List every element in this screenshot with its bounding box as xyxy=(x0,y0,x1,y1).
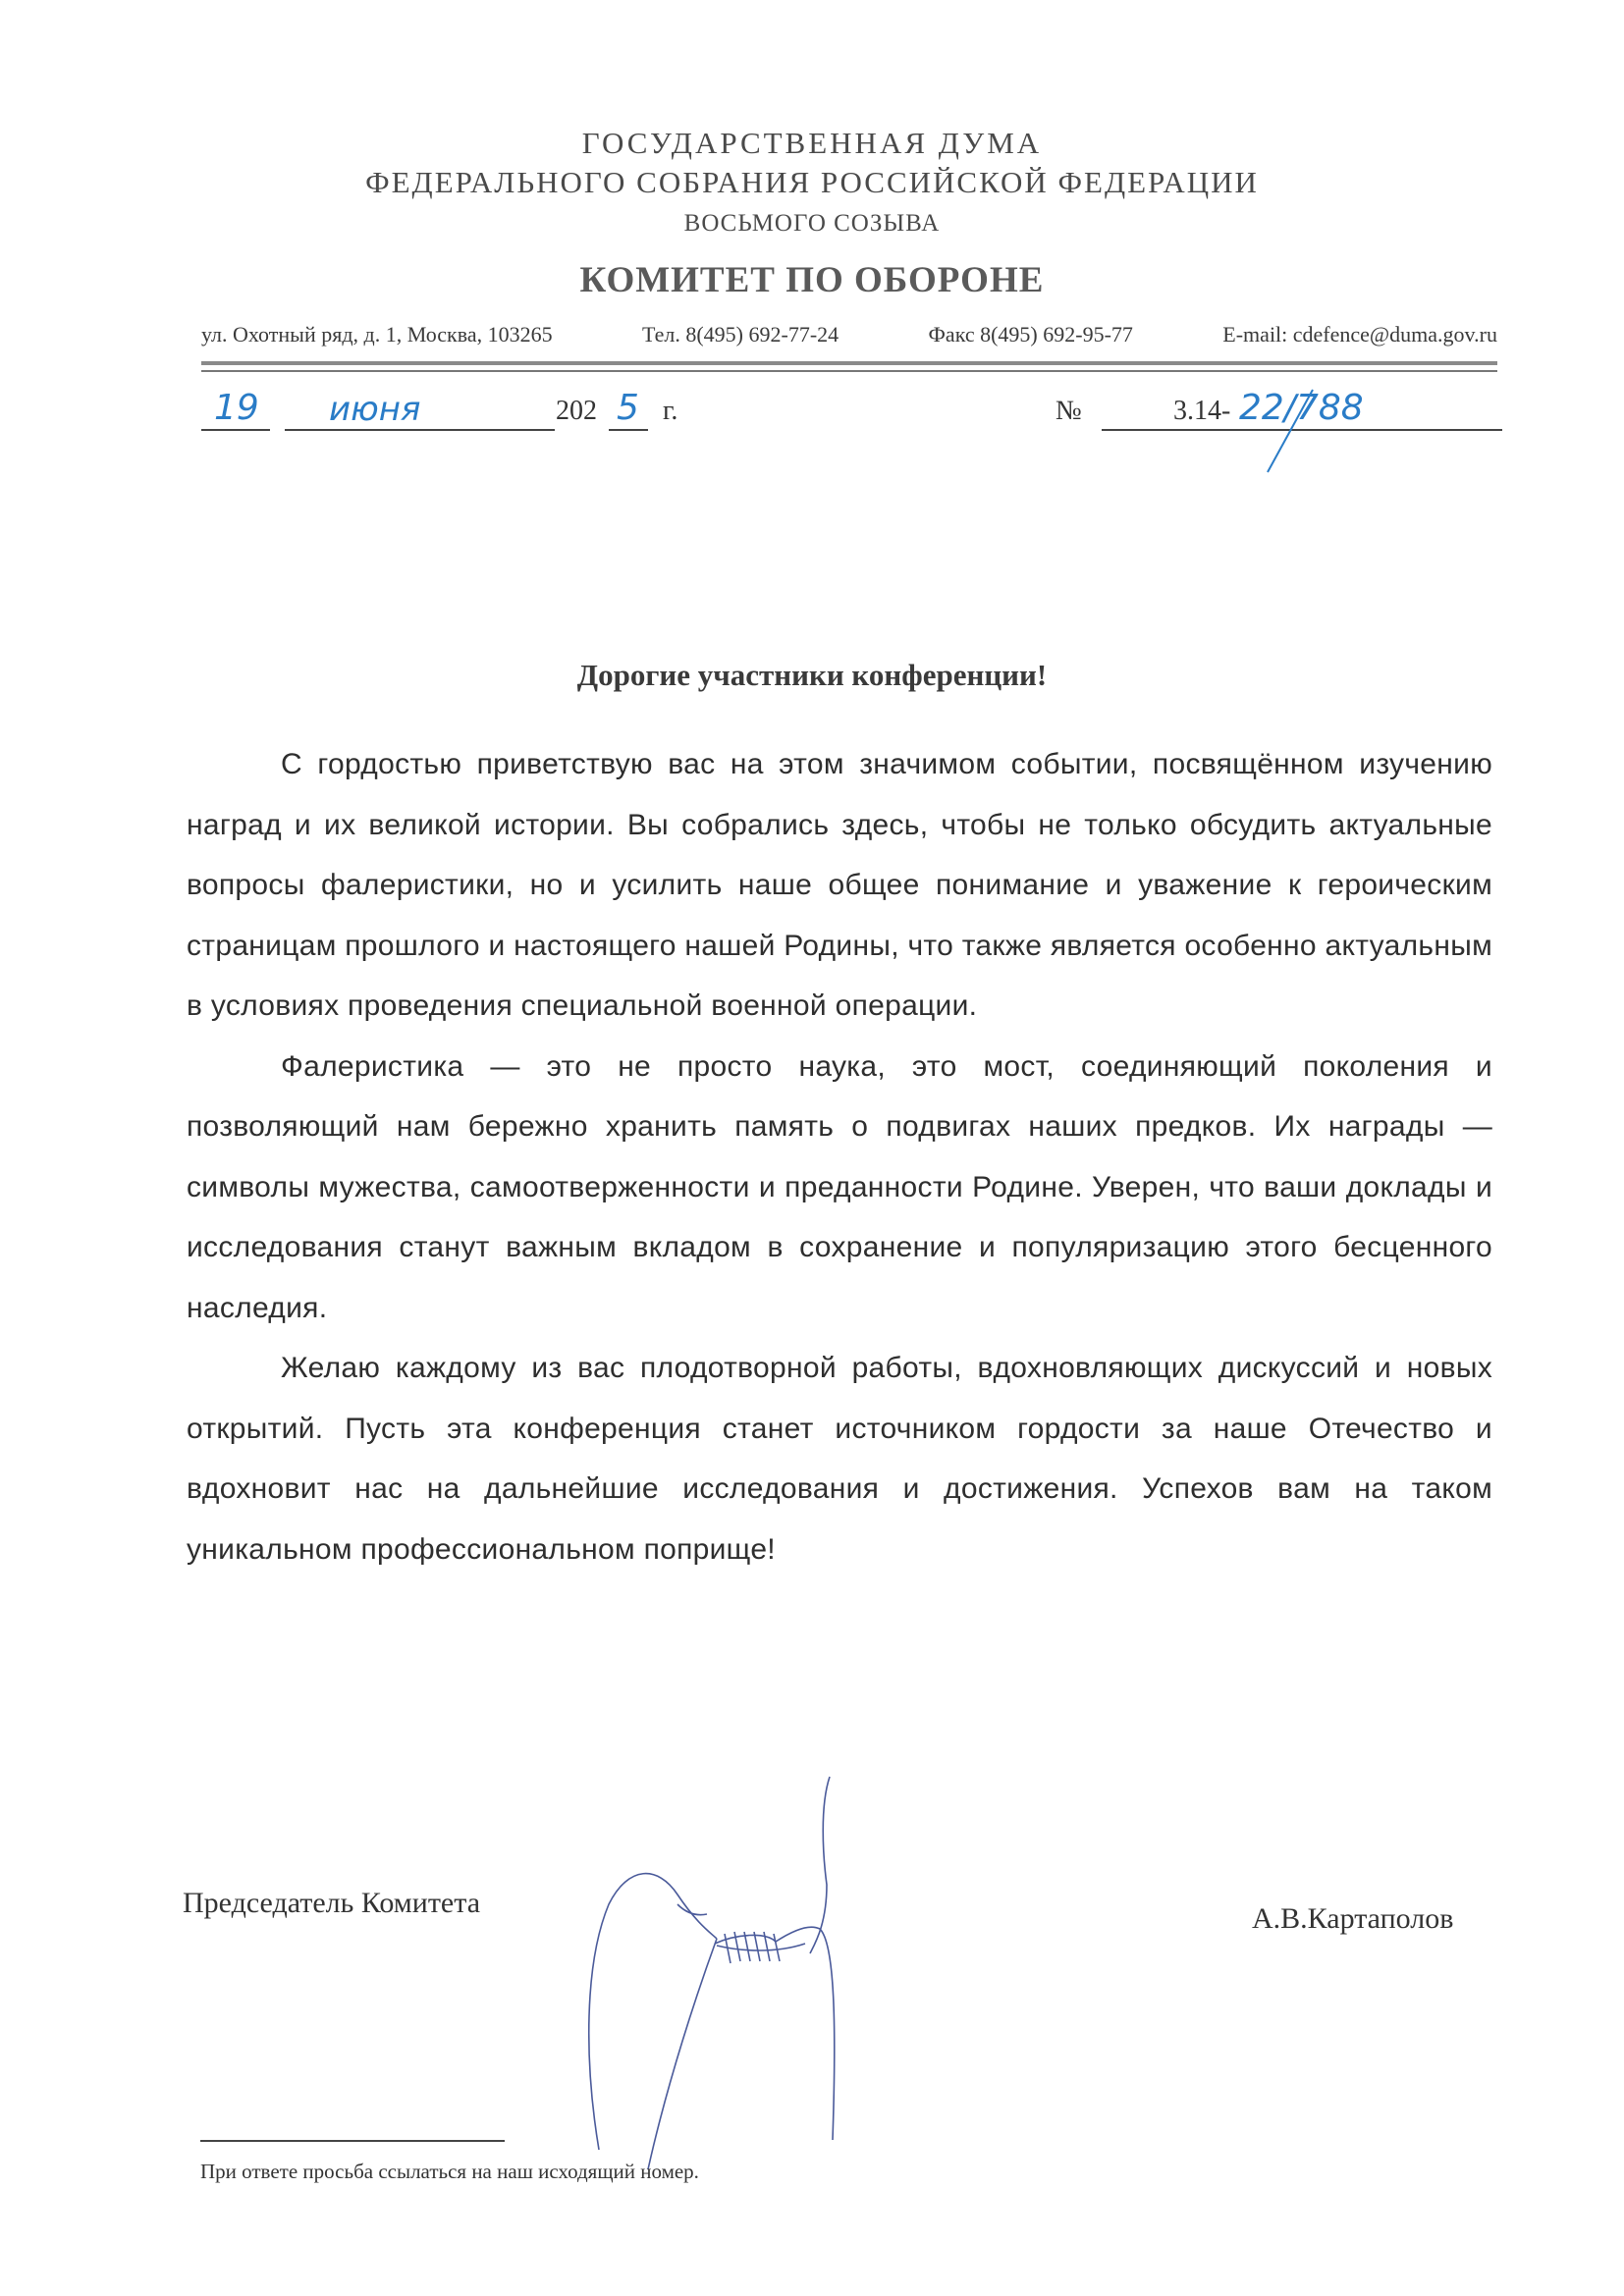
year-underline xyxy=(609,429,648,431)
year-unit: г. xyxy=(663,396,677,427)
committee-name: КОМИТЕТ ПО ОБОРОНЕ xyxy=(0,259,1624,301)
year-prefix: 202 xyxy=(556,396,597,427)
header-rule-thin xyxy=(201,370,1497,372)
letterhead-line-convocation: ВОСЬМОГО СОЗЫВА xyxy=(0,210,1624,238)
letter-body: С гордостью приветствую вас на этом знач… xyxy=(187,734,1492,1579)
signatory-title: Председатель Комитета xyxy=(183,1887,480,1920)
paragraph-2: Фалеристика — это не просто наука, это м… xyxy=(187,1037,1492,1339)
number-label: № xyxy=(1056,396,1082,427)
phone-number: Тел. 8(495) 692-77-24 xyxy=(642,322,839,347)
handwritten-signature-icon xyxy=(569,1767,923,2179)
paragraph-1: С гордостью приветствую вас на этом знач… xyxy=(187,734,1492,1037)
header-rule-thick xyxy=(201,361,1497,365)
contact-line: ул. Охотный ряд, д. 1, Москва, 103265 Те… xyxy=(201,322,1497,347)
date-day: 19 xyxy=(214,388,259,428)
signatory-name: А.В.Картаполов xyxy=(1252,1902,1453,1936)
letterhead-line-federal-assembly: ФЕДЕРАЛЬНОГО СОБРАНИЯ РОССИЙСКОЙ ФЕДЕРАЦ… xyxy=(0,165,1624,200)
fax-number: Факс 8(495) 692-95-77 xyxy=(929,322,1133,347)
greeting-heading: Дорогие участники конференции! xyxy=(0,658,1624,693)
paragraph-3: Желаю каждому из вас плодотворной работы… xyxy=(187,1338,1492,1579)
registration-line: 19 июня 202 5 г. № 3.14- 22/788 xyxy=(0,388,1624,447)
handwritten-slash-stroke xyxy=(1262,388,1321,476)
date-month: июня xyxy=(329,390,420,429)
footnote-rule xyxy=(200,2140,505,2142)
month-underline xyxy=(285,429,555,431)
email-address: E-mail: cdefence@duma.gov.ru xyxy=(1222,322,1497,347)
reply-reference-note: При ответе просьба ссылаться на наш исхо… xyxy=(200,2160,699,2184)
letterhead-line-duma: ГОСУДАРСТВЕННАЯ ДУМА xyxy=(0,126,1624,161)
postal-address: ул. Охотный ряд, д. 1, Москва, 103265 xyxy=(201,322,553,347)
year-suffix: 5 xyxy=(617,388,639,428)
number-printed: 3.14- xyxy=(1173,396,1230,427)
day-underline xyxy=(201,429,270,431)
